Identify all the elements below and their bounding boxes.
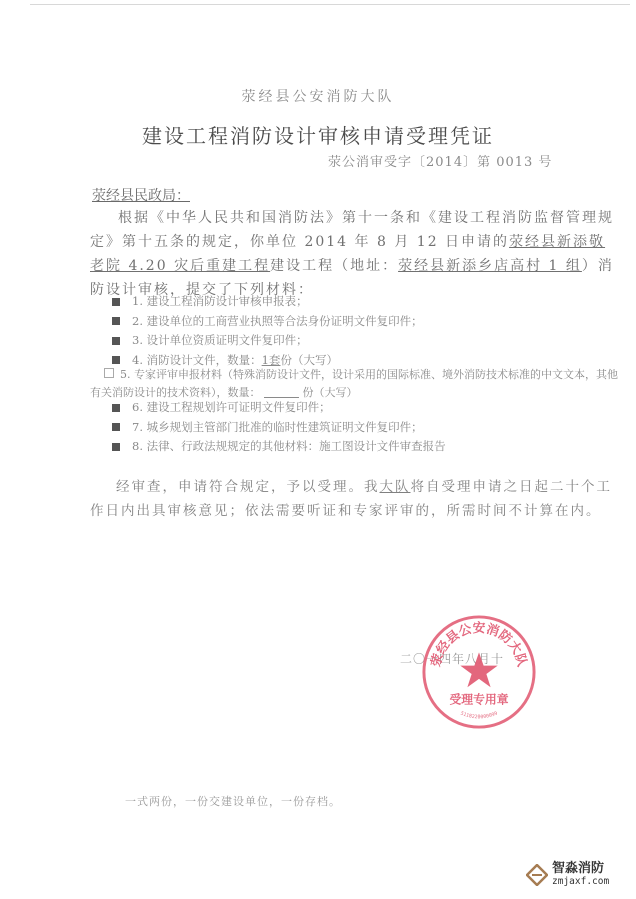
scan-edge-line xyxy=(30,4,630,5)
material-item: 2. 建设单位的工商营业执照等合法身份证明文件复印件； xyxy=(112,312,622,332)
checkbox-checked-icon xyxy=(112,298,120,306)
material-item: 3. 设计单位资质证明文件复印件； xyxy=(112,331,622,351)
material-item: 8. 法律、行政法规规定的其他材料：施工图设计文件审查报告 xyxy=(112,437,622,457)
item-text: 法律、行政法规规定的其他材料：施工图设计文件审查报告 xyxy=(147,437,446,457)
item-number: 7. xyxy=(132,418,143,438)
item-number: 8. xyxy=(132,437,143,457)
checkbox-checked-icon xyxy=(112,356,120,364)
item-text: 城乡规划主管部门批准的临时性建筑证明文件复印件； xyxy=(147,418,423,438)
materials-list-continued: 6. 建设工程规划许可证明文件复印件； 7. 城乡规划主管部门批准的临时性建筑证… xyxy=(112,398,622,457)
watermark-url: zmjaxf.com xyxy=(552,876,609,887)
item-text: 设计单位资质证明文件复印件； xyxy=(147,331,308,351)
footer-note: 一式两份，一份交建设单位，一份存档。 xyxy=(125,793,341,809)
material-item: 6. 建设工程规划许可证明文件复印件； xyxy=(112,398,622,418)
paragraph-application: 根据《中华人民共和国消防法》第十一条和《建设工程消防监督管理规定》第十五条的规定… xyxy=(90,206,620,302)
project-address: 荥经县新添乡店高村 1 组 xyxy=(398,258,582,274)
item-number: 5. xyxy=(120,368,131,381)
checkbox-checked-icon xyxy=(112,443,120,451)
diamond-logo-icon xyxy=(526,864,548,886)
paragraph-text: 建设工程（地址： xyxy=(270,258,398,274)
unit-name: 大队 xyxy=(380,479,411,495)
item-text: 建设工程消防设计审核申报表； xyxy=(147,292,308,312)
checkbox-checked-icon xyxy=(112,404,120,412)
document-number: 荥公消审受字〔2014〕第 0013 号 xyxy=(328,151,552,170)
star-icon xyxy=(460,652,497,687)
item-number: 2. xyxy=(132,312,143,332)
watermark-name: 智淼消防 xyxy=(552,862,609,876)
checkbox-checked-icon xyxy=(112,423,120,431)
item-number: 1. xyxy=(132,292,143,312)
document-title: 建设工程消防设计审核申请受理凭证 xyxy=(0,120,636,149)
materials-list: 1. 建设工程消防设计审核申报表； 2. 建设单位的工商营业执照等合法身份证明文… xyxy=(112,292,622,370)
paragraph-text: 经审查，申请符合规定，予以受理。我 xyxy=(116,479,380,495)
item-text: 建设工程规划许可证明文件复印件； xyxy=(147,398,331,418)
material-item-5: 5. 专家评审申报材料（特殊消防设计文件，设计采用的国际标准、境外消防技术标准的… xyxy=(90,366,620,402)
paragraph-acceptance: 经审查，申请符合规定，予以受理。我大队将自受理申请之日起二十个工作日内出具审核意… xyxy=(90,475,620,523)
item-number: 3. xyxy=(132,331,143,351)
addressee: 荥经县民政局： xyxy=(92,185,190,205)
material-item: 7. 城乡规划主管部门批准的临时性建筑证明文件复印件； xyxy=(112,418,622,438)
watermark-logo: 智淼消防 zmjaxf.com xyxy=(526,862,609,887)
checkbox-checked-icon xyxy=(112,337,120,345)
seal-inner-text: 受理专用章 xyxy=(450,692,509,706)
svg-text:5118220000099: 5118220000099 xyxy=(459,711,498,721)
official-seal-stamp: 荥经县公安消防大队 受理专用章 5118220000099 xyxy=(420,613,538,731)
checkbox-unchecked-icon xyxy=(104,368,114,378)
issuing-organization: 荥经县公安消防大队 xyxy=(0,86,636,106)
material-item: 1. 建设工程消防设计审核申报表； xyxy=(112,292,622,312)
seal-serial: 5118220000099 xyxy=(459,711,498,721)
item-text: 建设单位的工商营业执照等合法身份证明文件复印件； xyxy=(147,312,423,332)
checkbox-checked-icon xyxy=(112,317,120,325)
item-number: 6. xyxy=(132,398,143,418)
